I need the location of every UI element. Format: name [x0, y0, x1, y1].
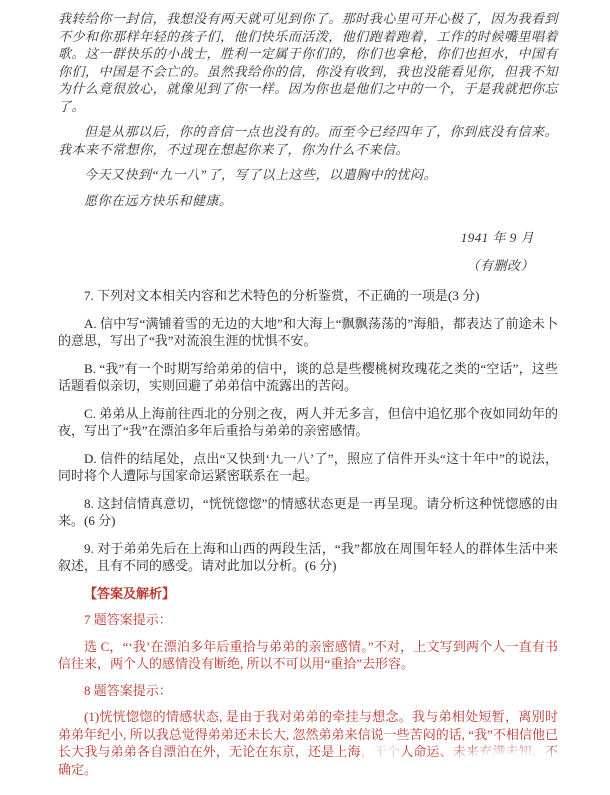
answer-8-label: 8 题答案提示：	[58, 682, 558, 700]
faded-text-fragment: ，干个	[361, 744, 400, 759]
questions-section: 7. 下列对文本相关内容和艺术特色的分析鉴赏，不正确的一项是(3 分) A. 信…	[58, 287, 558, 575]
letter-body: 我转给你一封信，我想没有两天就可见到你了。那时我心里可开心极了，因为我看到不少和…	[58, 10, 558, 277]
letter-paragraph: 我转给你一封信，我想没有两天就可见到你了。那时我心里可开心极了，因为我看到不少和…	[58, 10, 558, 115]
question-7-option-b: B. “我”有一个时期写给弟弟的信中，谈的总是些樱桃树玫瑰花之类的“空话”，这些…	[58, 360, 558, 395]
answers-header: 【答案及解析】	[58, 585, 558, 603]
answer-7-text: 选 C，“‘我’在漂泊多年后重拾与弟弟的亲密感情。”不对，上文写到两个人一直有书…	[58, 638, 558, 673]
letter-paragraph: 但是从那以后，你的音信一点也没有的。而至今已经四年了，你到底没有信来。我本来不常…	[58, 123, 558, 158]
letter-signoff-block: 1941 年 9 月 （有删改）	[58, 227, 558, 277]
question-9-stem: 9. 对于弟弟先后在上海和山西的两段生活，“我”都放在周围年轻人的群体生活中来叙…	[58, 540, 558, 575]
answer-7-label: 7 题答案提示：	[58, 611, 558, 629]
letter-edit-note: （有删改）	[58, 255, 534, 277]
answers-section: 【答案及解析】 7 题答案提示： 选 C，“‘我’在漂泊多年后重拾与弟弟的亲密感…	[58, 585, 558, 779]
letter-date: 1941 年 9 月	[58, 227, 534, 249]
question-7-option-d: D. 信件的结尾处，点出“又快到‘九一八’了”，照应了信件开头“这十年中”的说法…	[58, 450, 558, 485]
document-page: 我转给你一封信，我想没有两天就可见到你了。那时我心里可开心极了，因为我看到不少和…	[0, 0, 610, 795]
letter-paragraph: 愿你在远方快乐和健康。	[58, 192, 558, 210]
question-7-option-a: A. 信中写“满铺着雪的无边的大地”和大海上“飘飘荡荡的”海船，都表达了前途未卜…	[58, 315, 558, 350]
question-7-option-c: C. 弟弟从上海前往西北的分别之夜，两人并无多言，但信中追忆那个夜如同幼年的夜，…	[58, 405, 558, 440]
question-7-stem: 7. 下列对文本相关内容和艺术特色的分析鉴赏，不正确的一项是(3 分)	[58, 287, 558, 305]
letter-paragraph: 今天又快到“九一八”了，写了以上这些，以遣胸中的忧闷。	[58, 166, 558, 184]
question-8-stem: 8. 这封信情真意切，“恍恍惚惚”的情感状态更是一再呈现。请分析这种恍惚感的由来…	[58, 495, 558, 530]
